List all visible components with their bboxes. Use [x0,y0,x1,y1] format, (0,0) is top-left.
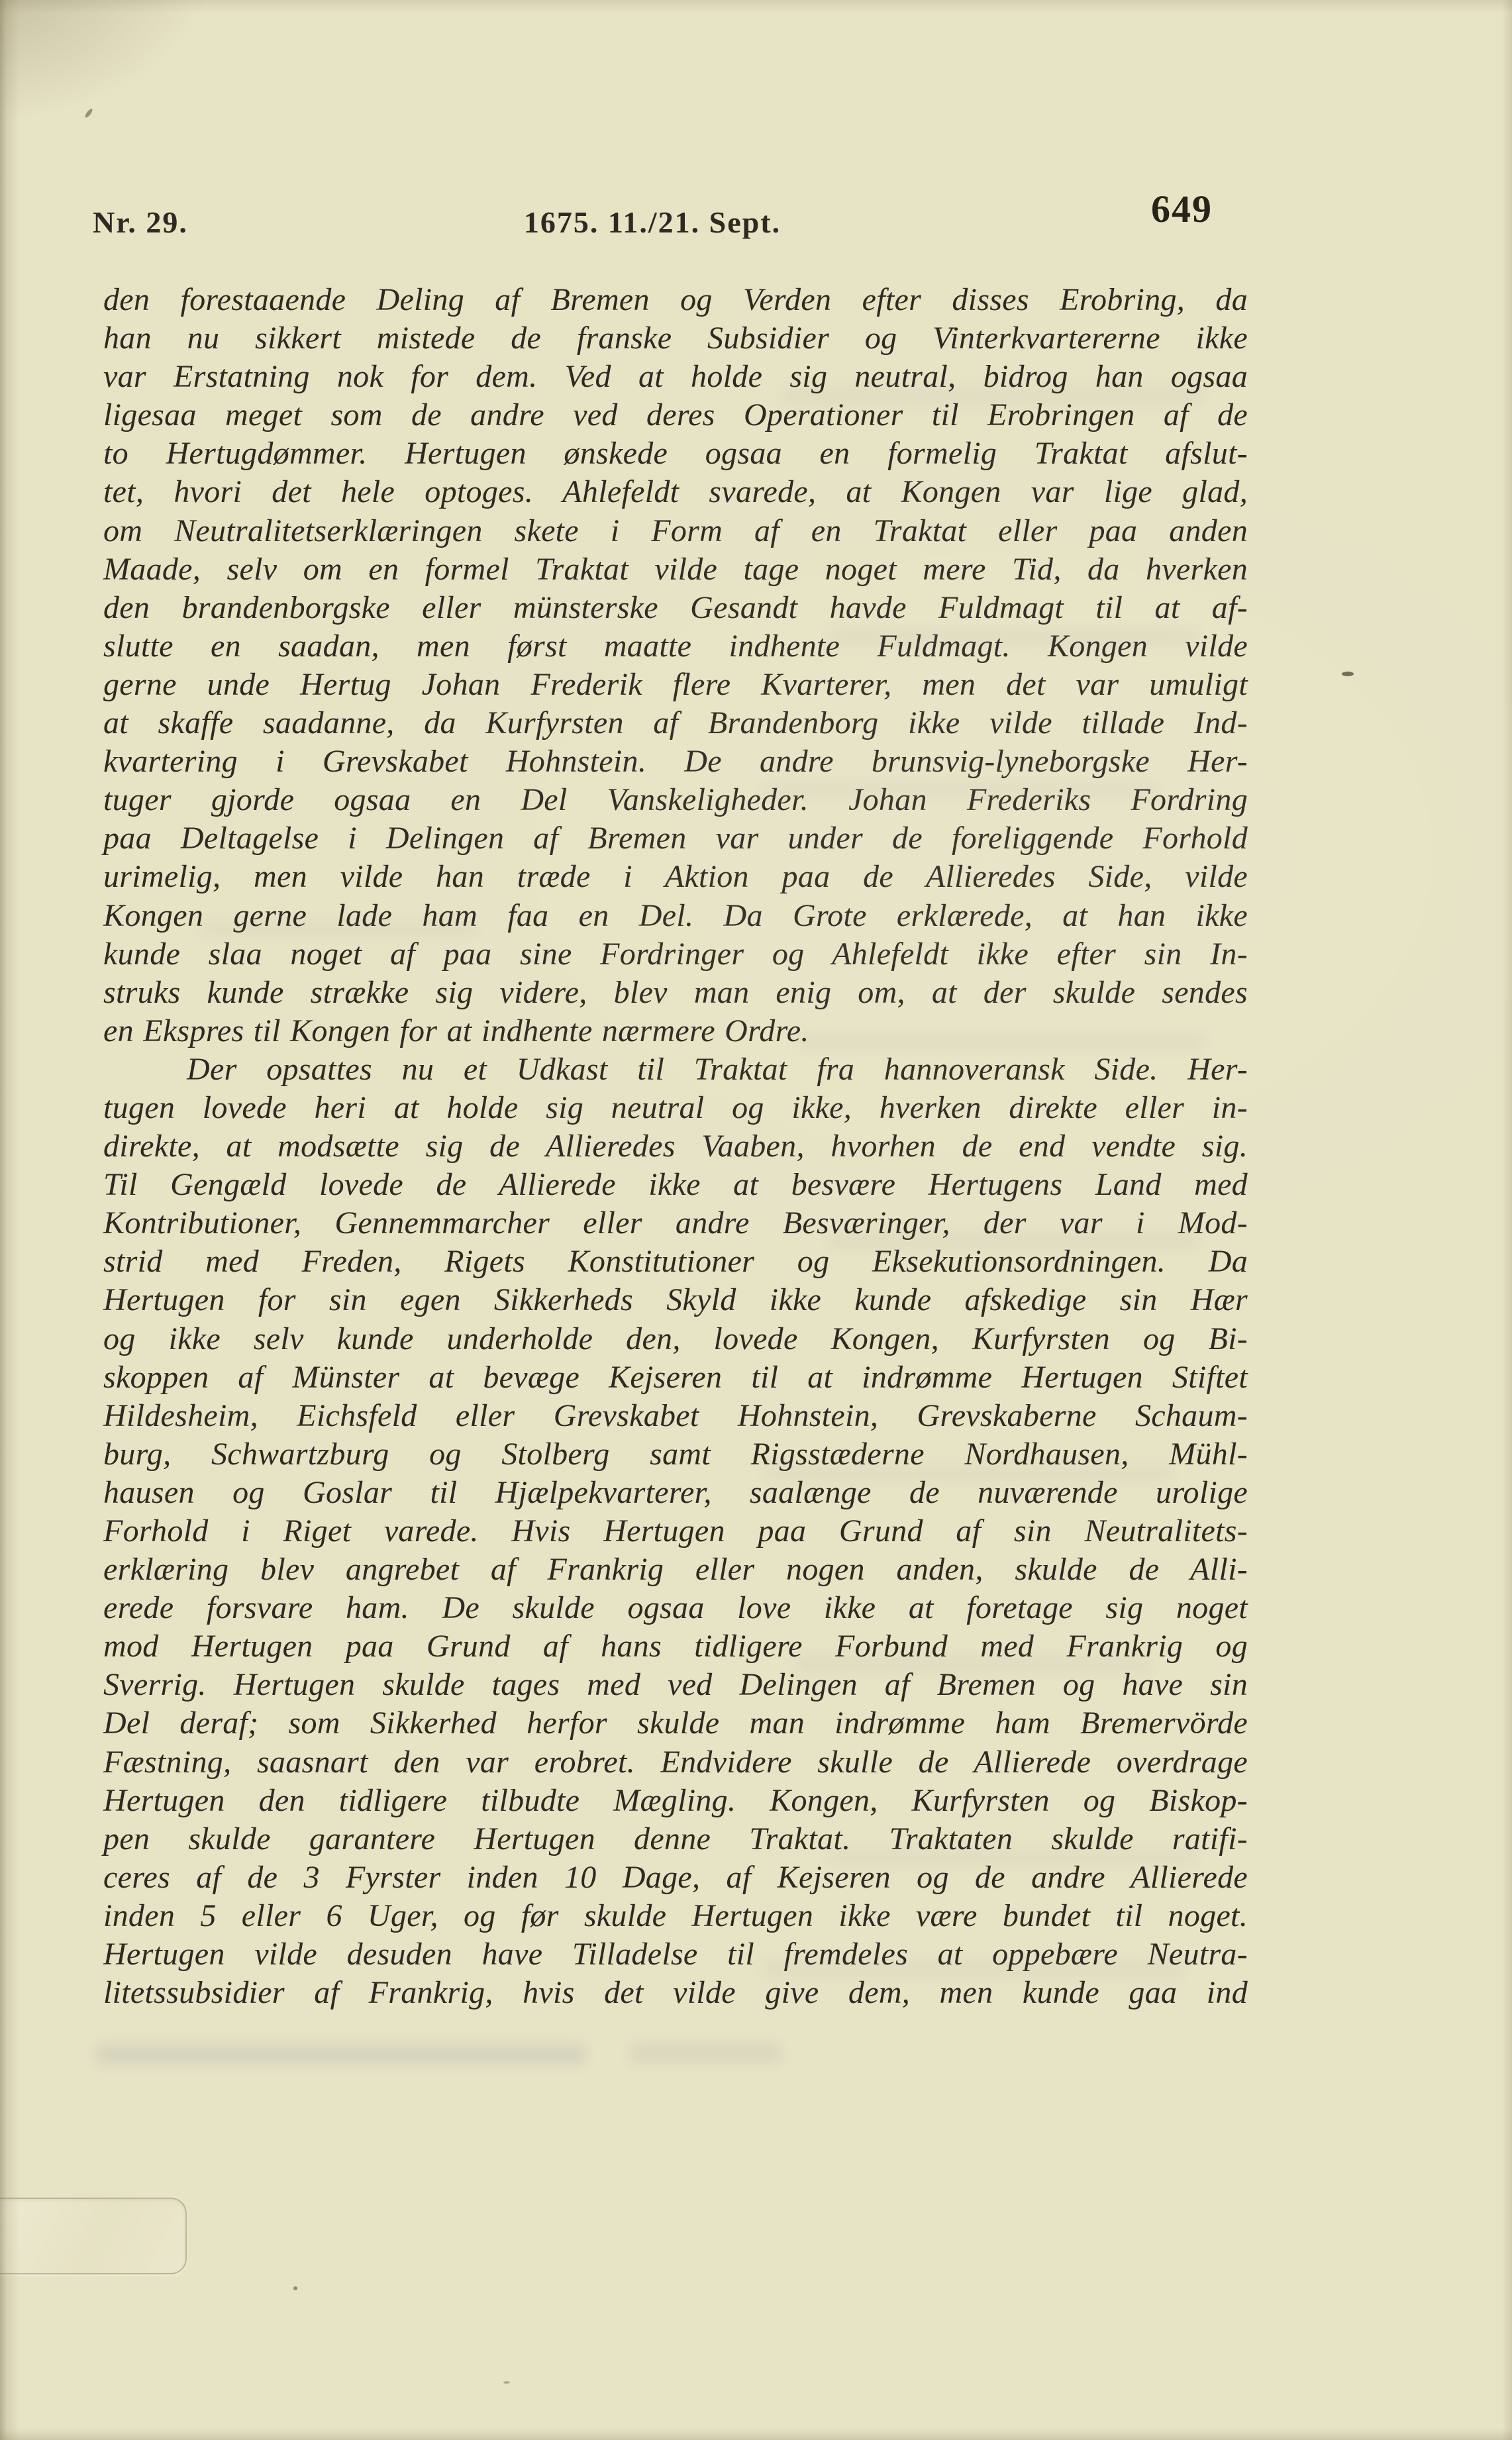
paragraph: den forestaaende Deling af Bremen og Ver… [103,281,1248,1050]
body-text: den forestaaende Deling af Bremen og Ver… [103,281,1248,2012]
text-line: erede forsvare ham. De skulde ogsaa love… [103,1589,1248,1627]
text-line: inden 5 eller 6 Uger, og før skulde Hert… [103,1897,1248,1935]
text-line: direkte, at modsætte sig de Allieredes V… [103,1127,1248,1166]
text-line: paa Deltagelse i Delingen af Bremen var … [103,819,1248,858]
text-line: hausen og Goslar til Hjælpekvarterer, sa… [103,1474,1248,1512]
bleed-through-ghost [96,2043,586,2066]
text-line: kvartering i Grevskabet Hohnstein. De an… [103,742,1248,781]
text-line: tuger gjorde ogsaa en Del Vanskeligheder… [103,781,1248,819]
document-number-label: Nr. 29. [93,207,188,238]
text-line: Hertugen for sin egen Sikkerheds Skyld i… [103,1281,1248,1319]
text-line: at skaffe saadanne, da Kurfyrsten af Bra… [103,704,1248,742]
text-line: Hertugen den tidligere tilbudte Mægling.… [103,1782,1248,1820]
text-line: slutte en saadan, men først maatte indhe… [103,627,1248,666]
text-line: struks kunde strække sig videre, blev ma… [103,974,1248,1012]
text-line: Sverrig. Hertugen skulde tages med ved D… [103,1666,1248,1704]
text-line: skoppen af Münster at bevæge Kejseren ti… [103,1358,1248,1397]
text-line: litetssubsidier af Frankrig, hvis det vi… [103,1974,1248,2012]
text-line: om Neutralitetserklæringen skete i Form … [103,512,1248,550]
text-line: erklæring blev angrebet af Frankrig elle… [103,1550,1248,1589]
text-line: pen skulde garantere Hertugen denne Trak… [103,1820,1248,1858]
text-line: urimelig, men vilde han træde i Aktion p… [103,858,1248,896]
text-line: Forhold i Riget varede. Hvis Hertugen pa… [103,1512,1248,1550]
text-line: strid med Freden, Rigets Konstitutioner … [103,1243,1248,1281]
page-number: 649 [1151,189,1213,229]
text-line: ceres af de 3 Fyrster inden 10 Dage, af … [103,1858,1248,1897]
ink-speck [503,2381,510,2384]
text-line: ligesaa meget som de andre ved deres Ope… [103,396,1248,434]
text-line: han nu sikkert mistede de franske Subsid… [103,319,1248,358]
ink-speck [1342,672,1354,676]
text-line: Maade, selv om en formel Traktat vilde t… [103,550,1248,589]
text-line: Der opsattes nu et Udkast til Traktat fr… [103,1050,1248,1089]
ink-speck [293,2286,297,2290]
text-line: kunde slaa noget af paa sine Fordringer … [103,935,1248,974]
text-line: den forestaaende Deling af Bremen og Ver… [103,281,1248,319]
book-page: Nr. 29. 1675. 11./21. Sept. 649 den fore… [0,0,1512,2440]
text-line: Del deraf; som Sikkerhed herfor skulde m… [103,1704,1248,1743]
text-line: og ikke selv kunde underholde den, loved… [103,1320,1248,1358]
text-line: Til Gengæld lovede de Allierede ikke at … [103,1166,1248,1204]
text-line: Fæstning, saasnart den var erobret. Endv… [103,1743,1248,1782]
document-date-label: 1675. 11./21. Sept. [524,207,781,238]
paragraph: Der opsattes nu et Udkast til Traktat fr… [103,1050,1248,2012]
text-line: burg, Schwartzburg og Stolberg samt Rigs… [103,1435,1248,1474]
text-line: var Erstatning nok for dem. Ved at holde… [103,358,1248,396]
text-line: Kontributioner, Gennemmarcher eller andr… [103,1204,1248,1243]
pocket-imprint [0,2198,187,2274]
text-line: Kongen gerne lade ham faa en Del. Da Gro… [103,897,1248,935]
ink-speck [84,108,94,119]
text-line: tet, hvori det hele optoges. Ahlefeldt s… [103,473,1248,511]
text-line: en Ekspres til Kongen for at indhente næ… [103,1012,1248,1050]
bleed-through-ghost [629,2043,781,2063]
text-line: mod Hertugen paa Grund af hans tidligere… [103,1627,1248,1666]
text-line: den brandenborgske eller münsterske Gesa… [103,589,1248,627]
text-line: tugen lovede heri at holde sig neutral o… [103,1089,1248,1127]
text-line: Hertugen vilde desuden have Tilladelse t… [103,1935,1248,1974]
text-line: Hildesheim, Eichsfeld eller Grevskabet H… [103,1397,1248,1435]
text-line: gerne unde Hertug Johan Frederik flere K… [103,666,1248,704]
text-line: to Hertugdømmer. Hertugen ønskede ogsaa … [103,434,1248,473]
